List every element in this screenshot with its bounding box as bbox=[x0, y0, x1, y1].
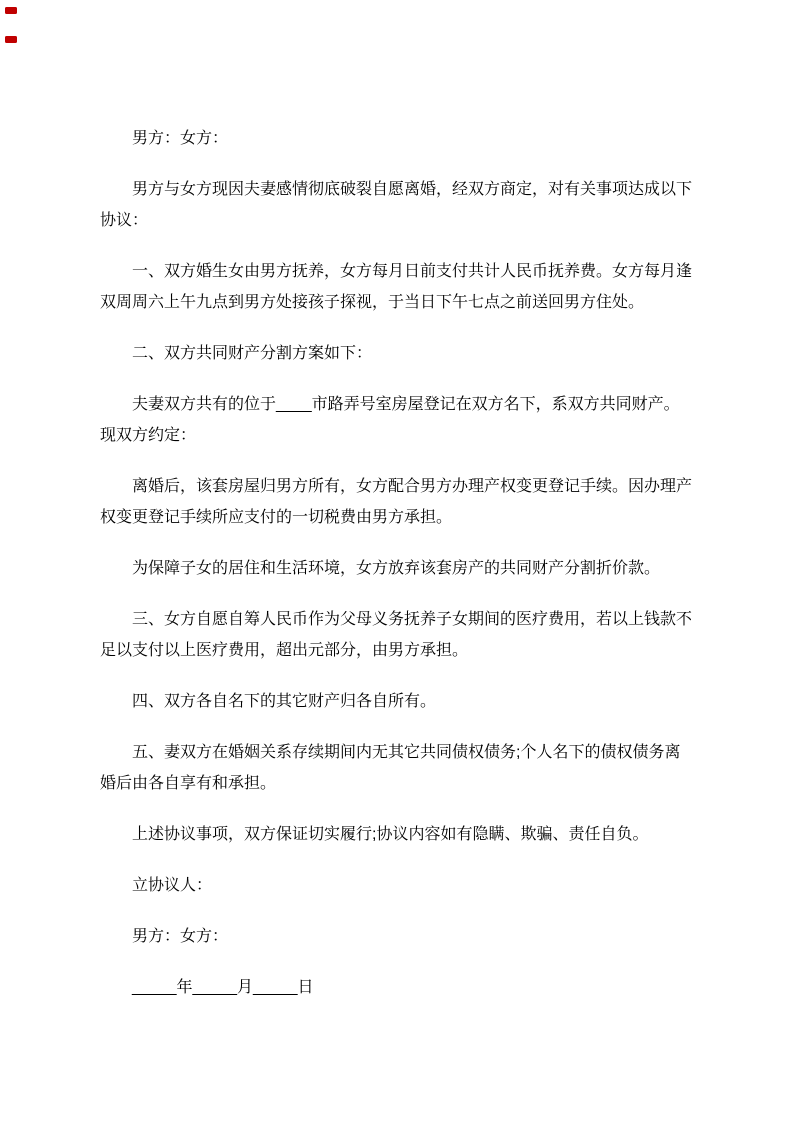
clause-3-medical-expenses: 三、女方自愿自筹人民币作为父母义务抚养子女期间的医疗费用，若以上钱款不足以支付以… bbox=[100, 604, 694, 666]
signature-line: 男方：女方： bbox=[100, 921, 694, 952]
clause-2-waiver: 为保障子女的居住和生活环境，女方放弃该套房产的共同财产分割折价款。 bbox=[100, 553, 694, 584]
red-corner-mark-top bbox=[5, 7, 17, 14]
preamble-paragraph: 男方与女方现因夫妻感情彻底破裂自愿离婚，经双方商定，对有关事项达成以下协议： bbox=[100, 174, 694, 236]
document-page: 男方：女方： 男方与女方现因夫妻感情彻底破裂自愿离婚，经双方商定，对有关事项达成… bbox=[0, 0, 793, 1122]
party-names-header: 男方：女方： bbox=[100, 123, 694, 154]
clause-4-other-property: 四、双方各自名下的其它财产归各自所有。 bbox=[100, 686, 694, 717]
document-body: 男方：女方： 男方与女方现因夫妻感情彻底破裂自愿离婚，经双方商定，对有关事项达成… bbox=[0, 0, 793, 1003]
clause-1-custody: 一、双方婚生女由男方抚养，女方每月日前支付共计人民币抚养费。女方每月逢双周周六上… bbox=[100, 256, 694, 318]
clause-2-heading: 二、双方共同财产分割方案如下： bbox=[100, 338, 694, 369]
clause-2-house-ownership: 离婚后，该套房屋归男方所有，女方配合男方办理产权变更登记手续。因办理产权变更登记… bbox=[100, 471, 694, 533]
clause-5-debts: 五、妻双方在婚姻关系存续期间内无其它共同债权债务;个人名下的债权债务离婚后由各自… bbox=[100, 737, 694, 799]
clause-2-house-registration: 夫妻双方共有的位于____市路弄号室房屋登记在双方名下，系双方共同财产。现双方约… bbox=[100, 389, 694, 451]
signatory-label: 立协议人： bbox=[100, 870, 694, 901]
closing-statement: 上述协议事项，双方保证切实履行;协议内容如有隐瞒、欺骗、责任自负。 bbox=[100, 819, 694, 850]
red-corner-mark-bottom bbox=[5, 36, 17, 43]
date-line: _____年_____月_____日 bbox=[100, 972, 694, 1003]
